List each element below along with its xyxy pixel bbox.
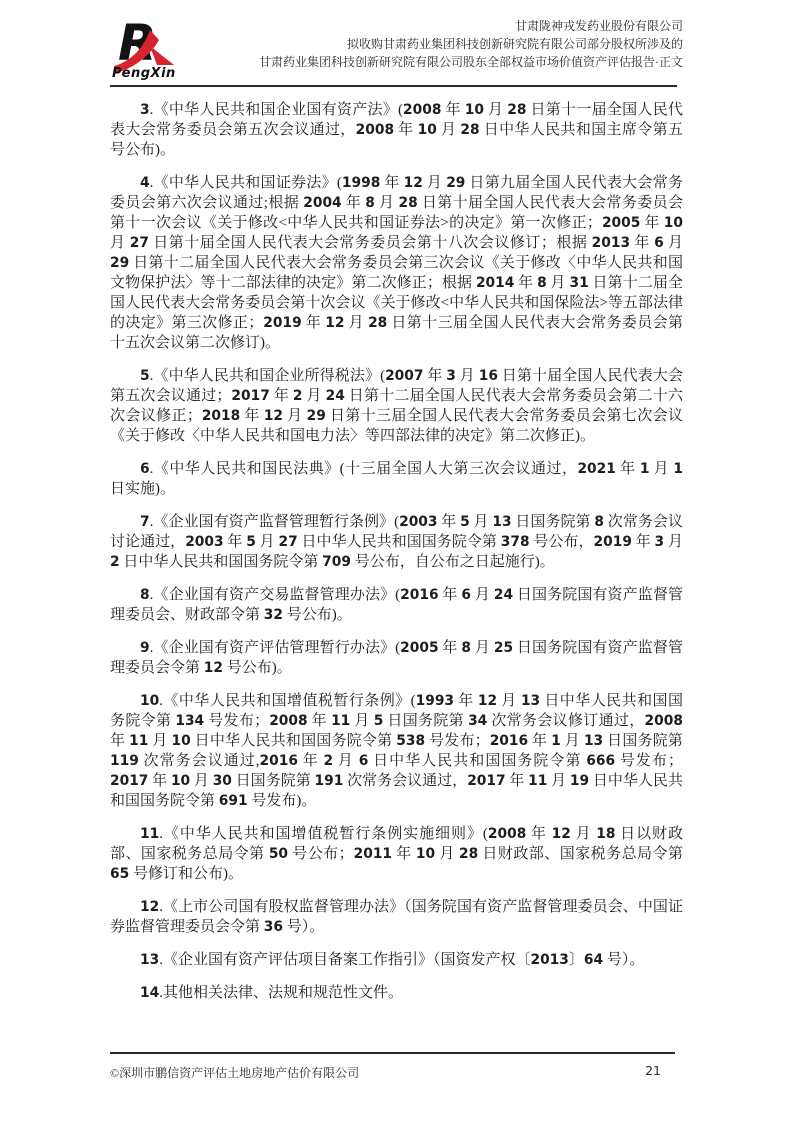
legal-reference-item-8: 8.《企业国有资产交易监督管理办法》(2016 年 6 月 24 日国务院国有资… bbox=[110, 585, 683, 625]
header-line-report-title: 甘肃药业集团科技创新研究院有限公司股东全部权益市场价值资产评估报告·正文 bbox=[210, 53, 683, 71]
legal-reference-item-4: 4.《中华人民共和国证券法》(1998 年 12 月 29 日第九届全国人民代表… bbox=[110, 173, 683, 353]
pengxin-logo-icon: R PengXin bbox=[108, 18, 198, 80]
header-divider bbox=[110, 85, 677, 87]
header-line-company: 甘肃陇神戎发药业股份有限公司 bbox=[210, 17, 683, 35]
legal-reference-item-12: 12.《上市公司国有股权监督管理办法》（国务院国有资产监督管理委员会、中国证券监… bbox=[110, 897, 683, 937]
legal-reference-item-11: 11.《中华人民共和国增值税暂行条例实施细则》(2008 年 12 月 18 日… bbox=[110, 824, 683, 884]
legal-reference-item-9: 9.《企业国有资产评估管理暂行办法》(2005 年 8 月 25 日国务院国有资… bbox=[110, 638, 683, 678]
legal-reference-item-13: 13.《企业国有资产评估项目备案工作指引》（国资发产权〔2013〕64 号）。 bbox=[110, 950, 683, 970]
legal-reference-item-5: 5.《中华人民共和国企业所得税法》(2007 年 3 月 16 日第十届全国人民… bbox=[110, 366, 683, 446]
report-header-block: 甘肃陇神戎发药业股份有限公司 拟收购甘肃药业集团科技创新研究院有限公司部分股权所… bbox=[210, 17, 683, 71]
document-page: R PengXin 甘肃陇神戎发药业股份有限公司 拟收购甘肃药业集团科技创新研究… bbox=[0, 0, 793, 1122]
legal-reference-item-6: 6.《中华人民共和国民法典》(十三届全国人大第三次会议通过，2021 年 1 月… bbox=[110, 459, 683, 499]
page-number: 21 bbox=[645, 1063, 661, 1078]
footer-copyright: ©深圳市鹏信资产评估土地房地产估价有限公司 bbox=[110, 1064, 359, 1081]
footer-divider bbox=[110, 1052, 675, 1054]
header-line-transaction: 拟收购甘肃药业集团科技创新研究院有限公司部分股权所涉及的 bbox=[210, 35, 683, 53]
company-logo: R PengXin bbox=[108, 18, 198, 80]
legal-reference-item-10: 10.《中华人民共和国增值税暂行条例》(1993 年 12 月 13 日中华人民… bbox=[110, 691, 683, 811]
logo-wordmark: PengXin bbox=[112, 66, 176, 80]
legal-reference-item-7: 7.《企业国有资产监督管理暂行条例》(2003 年 5 月 13 日国务院第 8… bbox=[110, 512, 683, 572]
legal-reference-item-3: 3.《中华人民共和国企业国有资产法》(2008 年 10 月 28 日第十一届全… bbox=[110, 100, 683, 160]
legal-references-list: 3.《中华人民共和国企业国有资产法》(2008 年 10 月 28 日第十一届全… bbox=[110, 100, 683, 1016]
legal-reference-item-14: 14.其他相关法律、法规和规范性文件。 bbox=[110, 983, 683, 1003]
